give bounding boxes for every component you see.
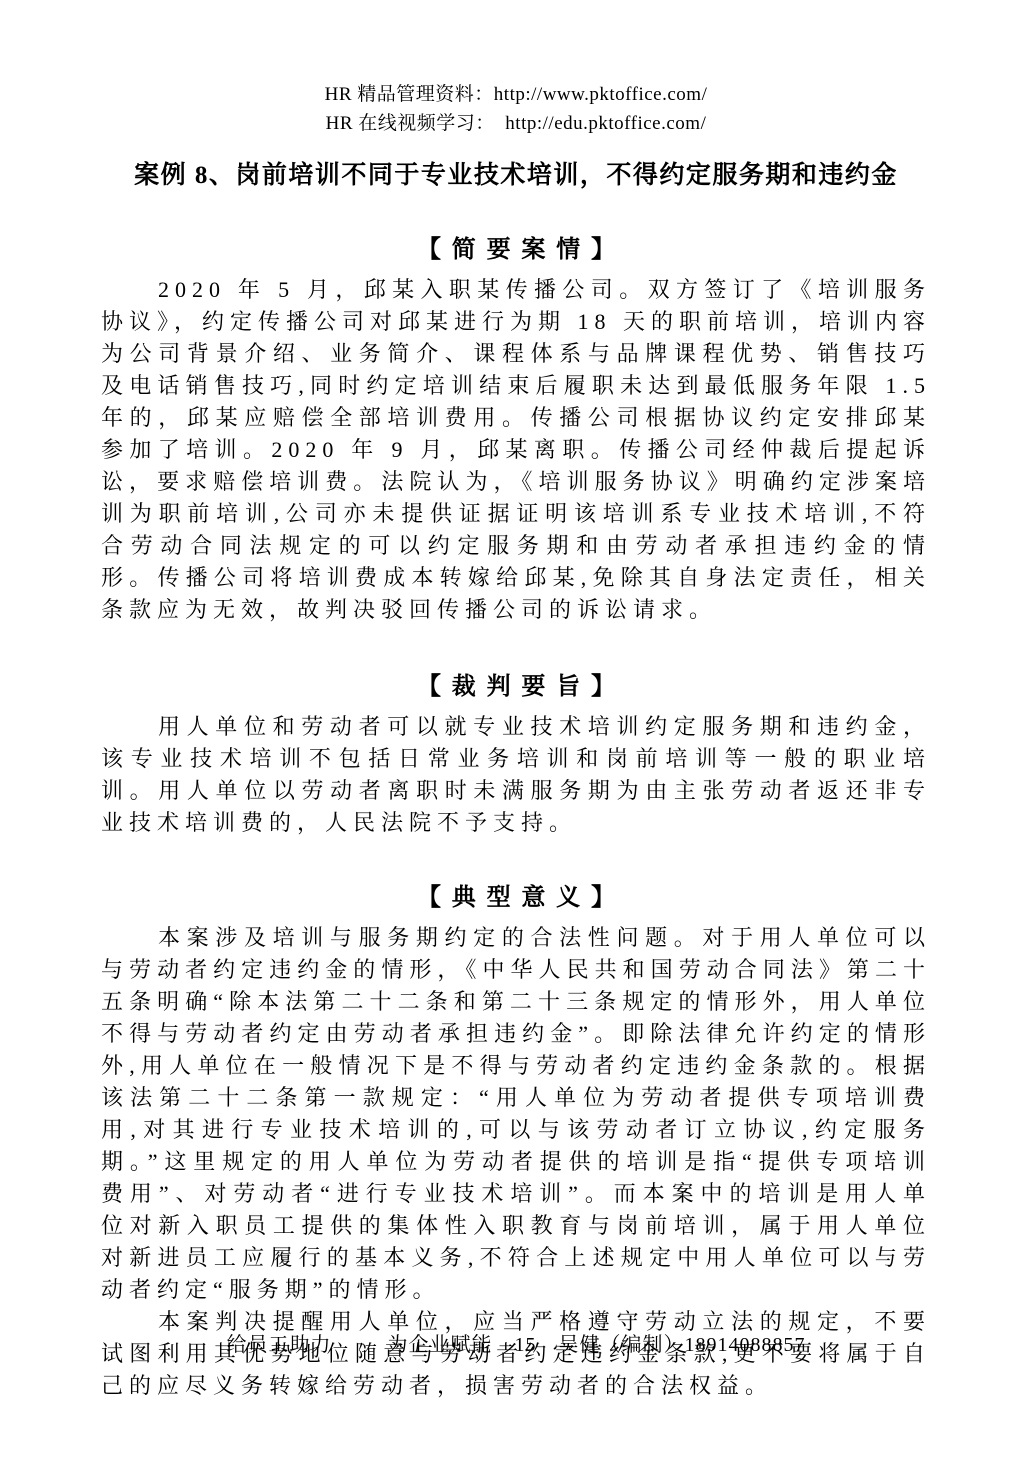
document-content: HR 精品管理资料：http://www.pktoffice.com/ HR 在… — [101, 0, 931, 1402]
footer-author-contact: 吴健（编制）18914088857 — [559, 1328, 806, 1357]
judgment-gist-paragraph: 用人单位和劳动者可以就专业技术培训约定服务期和违约金，该专业技术培训不包括日常业… — [101, 711, 931, 839]
section-heading-judgment-gist: 【裁判要旨】 — [101, 666, 931, 701]
footer-slogan-left: 给员工助力 — [227, 1328, 332, 1357]
brief-facts-paragraph: 2020 年 5 月，邱某入职某传播公司。双方签订了《培训服务协议》，约定传播公… — [101, 274, 931, 626]
page-number: 15 — [515, 1334, 537, 1357]
section-heading-typical-significance: 【典型意义】 — [101, 877, 931, 912]
header-line-2: HR 在线视频学习： http://edu.pktoffice.com/ — [101, 109, 931, 138]
document-footer: 给员工助力 为企业赋能 15 吴健（编制）18914088857 — [0, 1328, 1032, 1357]
header-line-1-label: HR 精品管理资料： — [325, 84, 494, 105]
management-resources-url[interactable]: http://www.pktoffice.com/ — [494, 84, 708, 105]
video-learning-url[interactable]: http://edu.pktoffice.com/ — [505, 113, 706, 134]
footer-slogan-right: 为企业赋能 — [388, 1328, 493, 1357]
section-heading-brief-facts: 【简要案情】 — [101, 229, 931, 264]
typical-significance-paragraph-1: 本案涉及培训与服务期约定的合法性问题。对于用人单位可以与劳动者约定违约金的情形，… — [101, 922, 931, 1306]
document-page: HR 精品管理资料：http://www.pktoffice.com/ HR 在… — [0, 0, 1032, 1457]
header-line-2-label: HR 在线视频学习： — [326, 113, 495, 134]
header-line-1: HR 精品管理资料：http://www.pktoffice.com/ — [101, 80, 931, 109]
case-title: 案例 8、岗前培训不同于专业技术培训，不得约定服务期和违约金 — [101, 155, 931, 191]
document-header: HR 精品管理资料：http://www.pktoffice.com/ HR 在… — [101, 80, 931, 138]
